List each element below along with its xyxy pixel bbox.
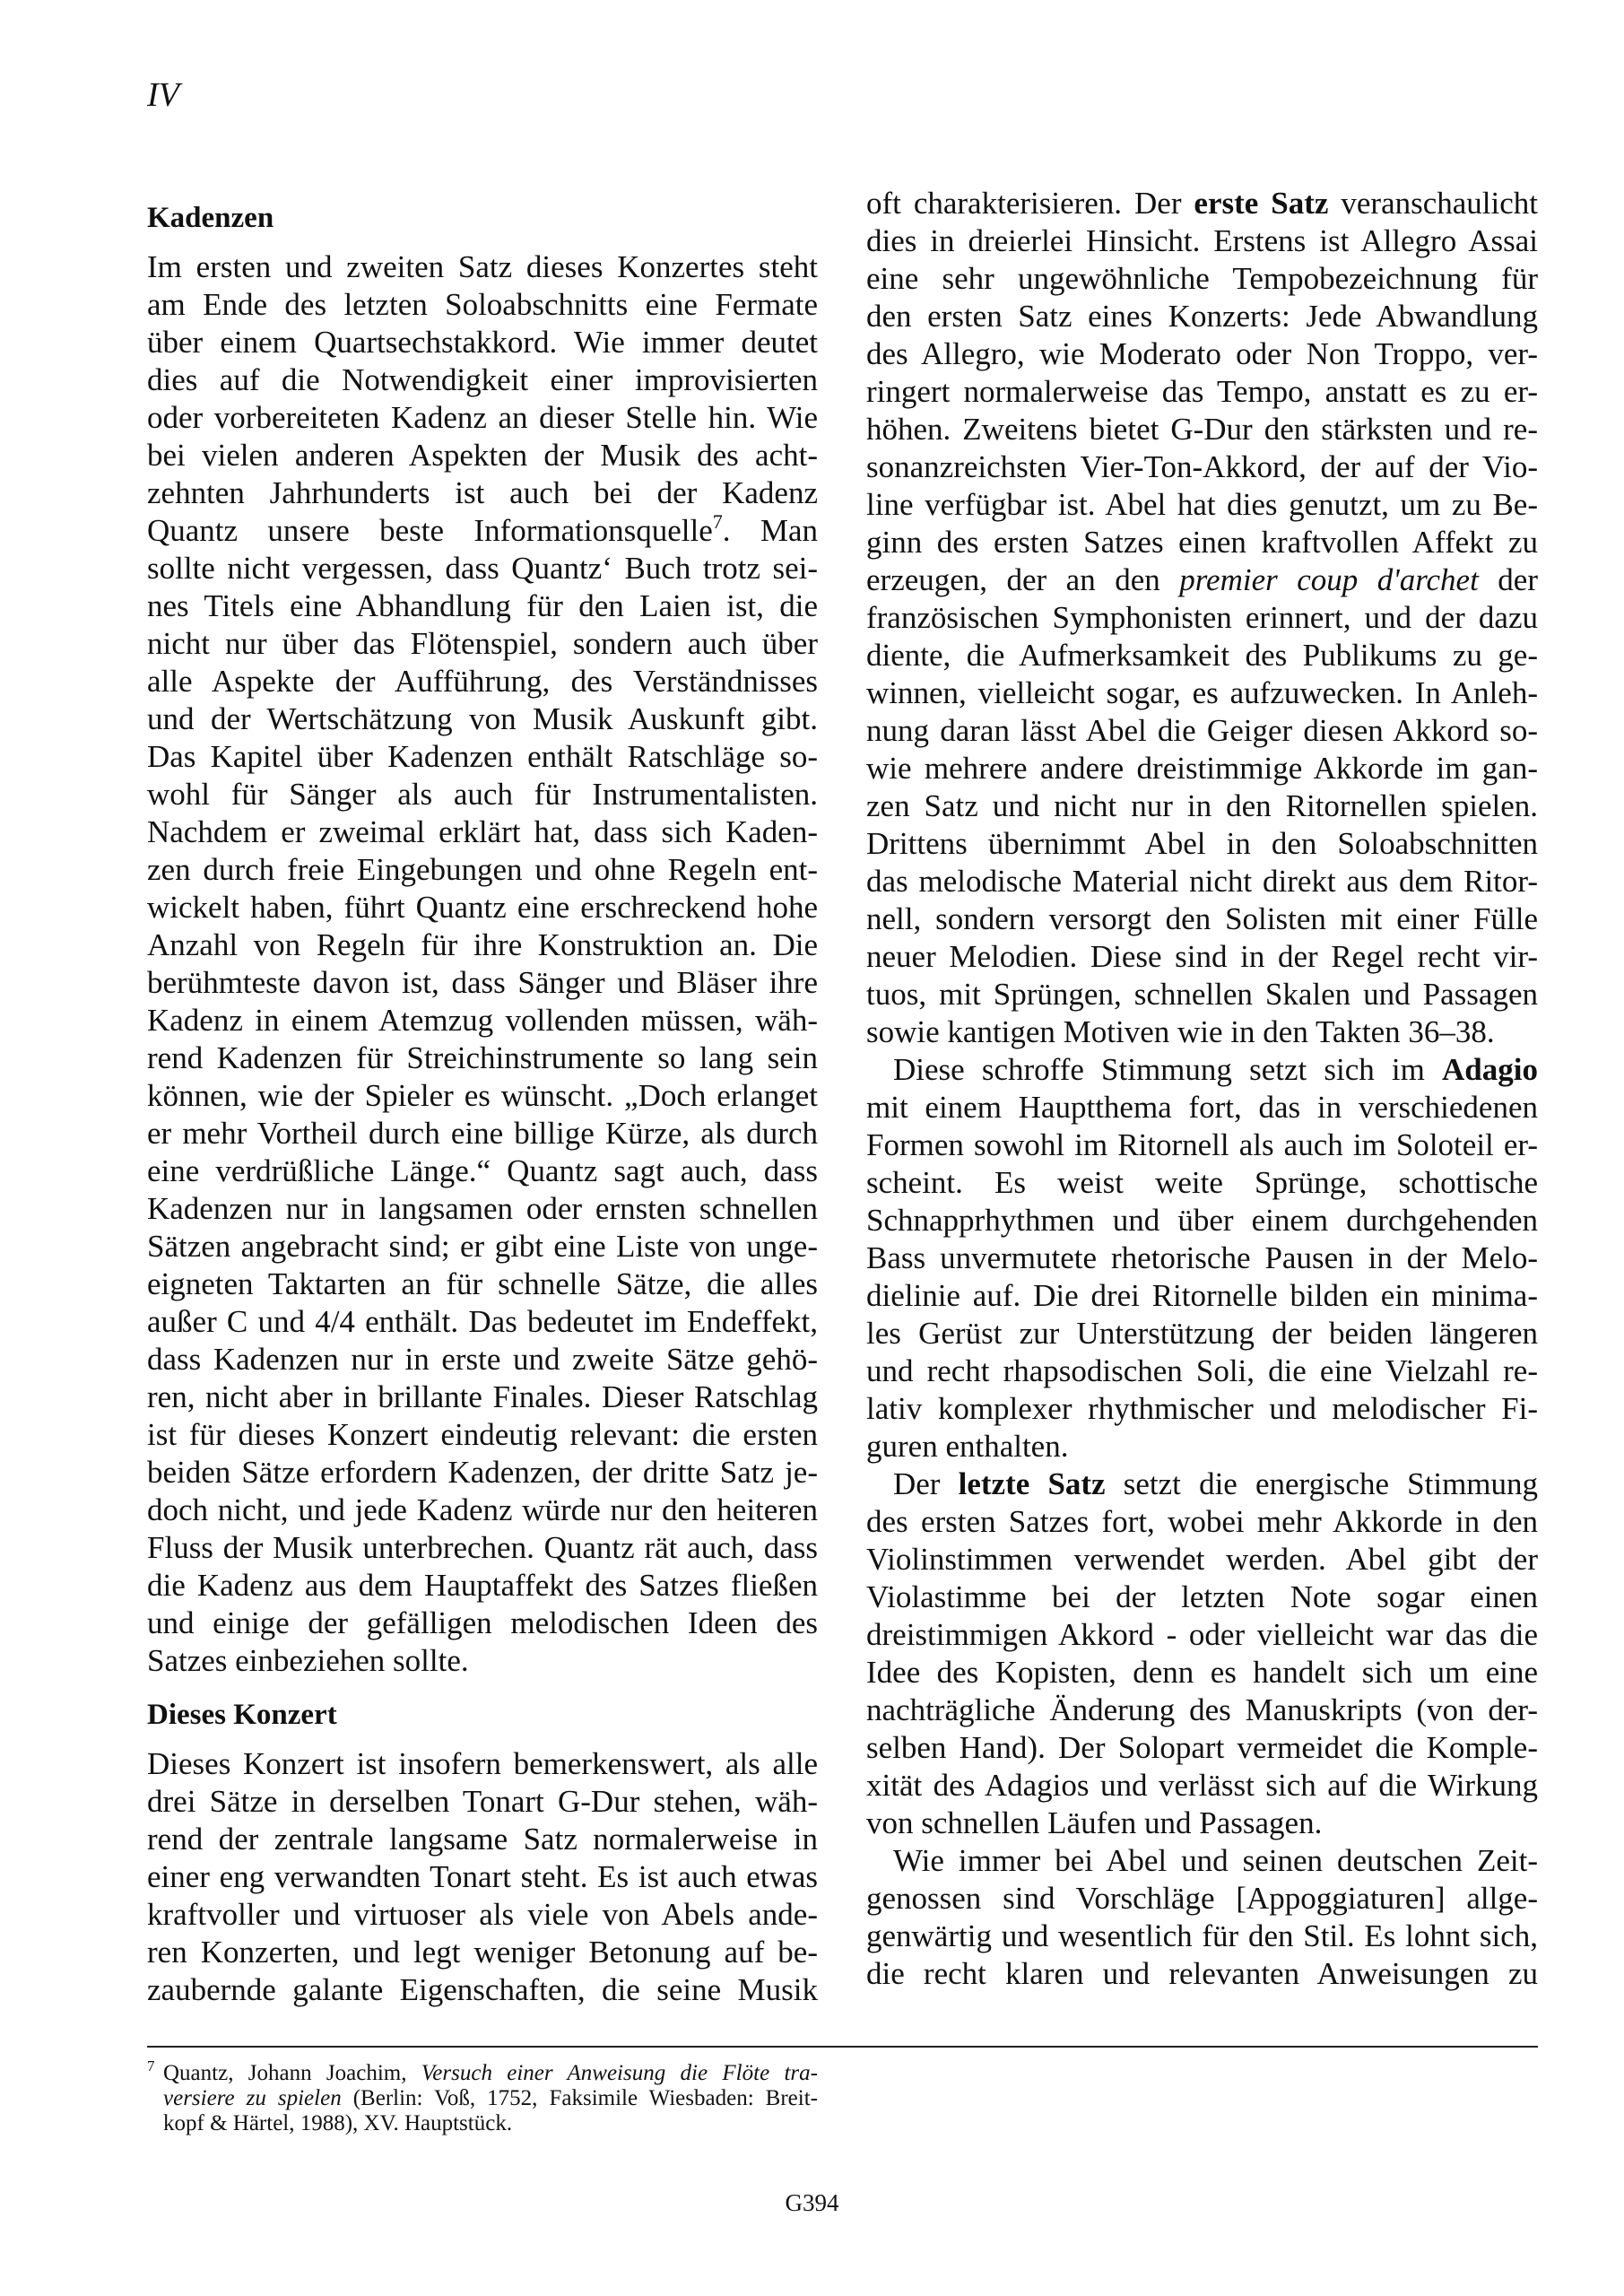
text-line: genwärtig und wesentlich für den Stil. E… [866, 1918, 1538, 1955]
text-run: am Ende des letzten Soloabschnitts eine … [147, 287, 818, 322]
text-line: er mehr Vortheil durch eine billige Kürz… [147, 1115, 818, 1152]
bold-text: letzte Satz [959, 1466, 1106, 1501]
text-run: von schnellen Läufen und Passagen. [866, 1805, 1322, 1840]
text-run: doch nicht, und jede Kadenz würde nur de… [147, 1492, 818, 1527]
text-line: Das Kapitel über Kadenzen enthält Ratsch… [147, 738, 818, 776]
text-line: ren, nicht aber in brillante Finales. Di… [147, 1378, 818, 1416]
text-run: Nachdem er zweimal erklärt hat, dass sic… [147, 814, 818, 849]
text-line: am Ende des letzten Soloabschnitts eine … [147, 286, 818, 324]
text-run: Sätzen angebracht sind; er gibt eine Lis… [147, 1229, 818, 1264]
text-line: von schnellen Läufen und Passagen. [866, 1805, 1538, 1842]
footnote-divider [147, 2046, 1538, 2048]
text-run: des Allegro, wie Moderato oder Non Tropp… [866, 336, 1538, 371]
text-line: zen durch freie Eingebungen und ohne Reg… [147, 851, 818, 889]
text-run: nachträgliche Änderung des Manuskripts (… [866, 1692, 1538, 1727]
text-run: wickelt haben, führt Quantz eine erschre… [147, 890, 818, 925]
text-line: eine sehr ungewöhnliche Tempobezeichnung… [866, 260, 1538, 298]
text-line: dreistimmigen Akkord - oder vielleicht w… [866, 1616, 1538, 1654]
text-line: oft charakterisieren. Der erste Satz ver… [866, 185, 1538, 222]
text-line: und einige der gefälligen melodischen Id… [147, 1605, 818, 1642]
bold-text: erste Satz [1194, 186, 1328, 221]
text-run: französischen Symphonisten erinnert, und… [866, 600, 1538, 635]
text-run: guren enthalten. [866, 1429, 1068, 1464]
text-run: line verfügbar ist. Abel hat dies genutz… [866, 487, 1538, 522]
text-line: ringert normalerweise das Tempo, anstatt… [866, 373, 1538, 411]
text-run: dass Kadenzen nur in erste und zweite Sä… [147, 1342, 818, 1377]
text-run: nell, sondern versorgt den Solisten mit … [866, 901, 1538, 936]
text-line: nachträgliche Änderung des Manuskripts (… [866, 1692, 1538, 1729]
paragraph: Diese schroffe Stimmung setzt sich im Ad… [866, 1051, 1538, 1465]
text-run: rend der zentrale langsame Satz normaler… [147, 1822, 818, 1857]
text-run: zehnten Jahrhunderts ist auch bei der Ka… [147, 475, 818, 510]
paragraph: Der letzte Satz setzt die energische Sti… [866, 1465, 1538, 1842]
text-line: Der letzte Satz setzt die energische Sti… [866, 1465, 1538, 1503]
text-line: Violinstimmen verwendet werden. Abel gib… [866, 1541, 1538, 1578]
text-line: line verfügbar ist. Abel hat dies genutz… [866, 486, 1538, 524]
text-line: eigneten Taktarten an für schnelle Sätze… [147, 1265, 818, 1303]
text-run: ist für dieses Konzert eindeutig relevan… [147, 1417, 818, 1452]
text-run: bei vielen anderen Aspekten der Musik de… [147, 438, 818, 473]
text-line: den ersten Satz eines Konzerts: Jede Abw… [866, 298, 1538, 335]
text-line: kraftvoller und virtuoser als viele von … [147, 1896, 818, 1934]
text-line: Drittens übernimmt Abel in den Soloabsch… [866, 825, 1538, 863]
text-line: lativ komplexer rhythmischer und melodis… [866, 1390, 1538, 1428]
text-line: sowie kantigen Motiven wie in den Takten… [866, 1013, 1538, 1051]
text-line: Idee des Kopisten, denn es handelt sich … [866, 1654, 1538, 1692]
text-run: dies in dreierlei Hinsicht. Erstens ist … [866, 223, 1538, 258]
text-line: Kadenz in einem Atemzug vollenden müssen… [147, 1002, 818, 1039]
text-line: diente, die Aufmerksamkeit des Publikums… [866, 637, 1538, 674]
text-run: scheint. Es weist weite Sprünge, schotti… [866, 1165, 1538, 1200]
text-run: Der [893, 1466, 959, 1501]
text-run: sollte nicht vergessen, dass Quantz‘ Buc… [147, 551, 818, 586]
footnote-marker: 7 [147, 2057, 155, 2075]
text-run: wie mehrere andere dreistimmige Akkorde … [866, 751, 1538, 786]
footnote-reference: 7 [713, 510, 723, 533]
text-run: les Gerüst zur Unterstützung der beiden … [866, 1316, 1538, 1351]
text-line: zaubernde galante Eigenschaften, die sei… [147, 1971, 818, 2009]
text-line: außer C und 4/4 enthält. Das bedeutet im… [147, 1303, 818, 1341]
text-run: Bass unvermutete rhetorische Pausen in d… [866, 1240, 1538, 1275]
text-line: oder vorbereiteten Kadenz an dieser Stel… [147, 399, 818, 437]
text-line: nung daran lässt Abel die Geiger diesen … [866, 712, 1538, 750]
text-line: und der Wertschätzung von Musik Auskunft… [147, 700, 818, 738]
text-line: xität des Adagios und verlässt sich auf … [866, 1767, 1538, 1805]
text-run: und recht rhapsodischen Soli, die eine V… [866, 1353, 1538, 1388]
text-line: Quantz, Johann Joachim, Versuch einer An… [147, 2061, 818, 2086]
text-run: dreistimmigen Akkord - oder vielleicht w… [866, 1617, 1538, 1652]
text-run: Im ersten und zweiten Satz dieses Konzer… [147, 249, 818, 284]
text-line: Fluss der Musik unterbrechen. Quantz rät… [147, 1529, 818, 1567]
text-run: kraftvoller und virtuoser als viele von … [147, 1897, 818, 1932]
text-line: versiere zu spielen (Berlin: Voß, 1752, … [147, 2086, 818, 2111]
section-numeral: IV [147, 75, 179, 115]
text-line: über einem Quartsechstakkord. Wie immer … [147, 324, 818, 361]
text-line: guren enthalten. [866, 1428, 1538, 1465]
text-line: wie mehrere andere dreistimmige Akkorde … [866, 750, 1538, 787]
text-line: sollte nicht vergessen, dass Quantz‘ Buc… [147, 550, 818, 587]
text-line: Dieses Konzert ist insofern bemerkenswer… [147, 1745, 818, 1783]
text-line: sonanzreichsten Vier-Ton-Akkord, der auf… [866, 448, 1538, 486]
text-line: Sätzen angebracht sind; er gibt eine Lis… [147, 1228, 818, 1265]
text-run: winnen, vielleicht sogar, es aufzuwecken… [866, 675, 1538, 710]
text-run: Das Kapitel über Kadenzen enthält Ratsch… [147, 739, 818, 774]
italic-text: premier coup d'archet [1179, 562, 1479, 597]
text-run: können, wie der Spieler es wünscht. „Doc… [147, 1078, 818, 1113]
text-line: ist für dieses Konzert eindeutig relevan… [147, 1416, 818, 1454]
text-run: nes Titels eine Abhandlung für den Laien… [147, 588, 818, 623]
text-run: berühmteste davon ist, dass Sänger und B… [147, 965, 818, 1000]
text-line: die Kadenz aus dem Hauptaffekt des Satze… [147, 1567, 818, 1605]
text-run: außer C und 4/4 enthält. Das bedeutet im… [147, 1304, 818, 1339]
text-line: können, wie der Spieler es wünscht. „Doc… [147, 1077, 818, 1115]
text-line: die recht klaren und relevanten Anweisun… [866, 1955, 1538, 1993]
text-run: und einige der gefälligen melodischen Id… [147, 1605, 818, 1640]
text-run: zen Satz und nicht nur in den Ritornelle… [866, 788, 1538, 823]
text-line: les Gerüst zur Unterstützung der beiden … [866, 1315, 1538, 1352]
text-run: Fluss der Musik unterbrechen. Quantz rät… [147, 1530, 818, 1565]
text-line: Formen sowohl im Ritornell als auch im S… [866, 1126, 1538, 1164]
text-line: selben Hand). Der Solopart vermeidet die… [866, 1729, 1538, 1767]
text-line: winnen, vielleicht sogar, es aufzuwecken… [866, 674, 1538, 712]
text-line: das melodische Material nicht direkt aus… [866, 863, 1538, 900]
text-line: rend Kadenzen für Streichinstrumente so … [147, 1039, 818, 1077]
text-line: Kadenzen nur in langsamen oder ernsten s… [147, 1190, 818, 1228]
text-run: Kadenzen nur in langsamen oder ernsten s… [147, 1191, 818, 1226]
text-run: die recht klaren und relevanten Anweisun… [866, 1956, 1538, 1991]
text-line: des ersten Satzes fort, wobei mehr Akkor… [866, 1503, 1538, 1541]
footnote-body: Quantz, Johann Joachim, Versuch einer An… [147, 2061, 818, 2136]
text-run: Quantz, Johann Joachim, [163, 2061, 421, 2085]
text-line: kopf & Härtel, 1988), XV. Hauptstück. [147, 2111, 818, 2136]
text-run: dielinie auf. Die drei Ritornelle bilden… [866, 1278, 1538, 1313]
text-line: tuos, mit Sprüngen, schnellen Skalen und… [866, 976, 1538, 1013]
text-line: wickelt haben, führt Quantz eine erschre… [147, 889, 818, 926]
text-run: Wie immer bei Abel und seinen deutschen … [893, 1843, 1538, 1878]
text-run: ren Konzerten, und legt weniger Betonung… [147, 1935, 818, 1970]
text-line: ginn des ersten Satzes einen kraftvollen… [866, 524, 1538, 561]
text-run: sonanzreichsten Vier-Ton-Akkord, der auf… [866, 449, 1538, 484]
text-run: ren, nicht aber in brillante Finales. Di… [147, 1379, 818, 1414]
text-line: nicht nur über das Flötenspiel, sondern … [147, 625, 818, 663]
text-line: Im ersten und zweiten Satz dieses Konzer… [147, 248, 818, 286]
text-run: das melodische Material nicht direkt aus… [866, 864, 1538, 899]
text-line: beiden Sätze erfordern Kadenzen, der dri… [147, 1454, 818, 1492]
text-run: tuos, mit Sprüngen, schnellen Skalen und… [866, 977, 1538, 1012]
text-run: rend Kadenzen für Streichinstrumente so … [147, 1040, 818, 1075]
text-run: nicht nur über das Flötenspiel, sondern … [147, 626, 818, 661]
section-heading: Dieses Konzert [147, 1696, 818, 1734]
text-run: sowie kantigen Motiven wie in den Takten… [866, 1014, 1495, 1049]
text-run: nung daran lässt Abel die Geiger diesen … [866, 713, 1538, 748]
text-run: zaubernde galante Eigenschaften, die sei… [147, 1972, 818, 2007]
text-line: höhen. Zweitens bietet G-Dur den stärkst… [866, 411, 1538, 448]
text-run: den ersten Satz eines Konzerts: Jede Abw… [866, 299, 1538, 334]
text-line: Violastimme bei der letzten Note sogar e… [866, 1578, 1538, 1616]
text-run: Idee des Kopisten, denn es handelt sich … [866, 1655, 1538, 1690]
text-run: neuer Melodien. Diese sind in der Regel … [866, 939, 1538, 974]
text-run: alle Aspekte der Aufführung, des Verstän… [147, 664, 818, 699]
text-run: wohl für Sänger als auch für Instrumenta… [147, 777, 818, 812]
text-run: selben Hand). Der Solopart vermeidet die… [866, 1730, 1538, 1765]
text-run: er mehr Vortheil durch eine billige Kürz… [147, 1116, 818, 1151]
text-run: ginn des ersten Satzes einen kraftvollen… [866, 525, 1538, 560]
text-line: drei Sätze in derselben Tonart G-Dur ste… [147, 1783, 818, 1821]
text-run: drei Sätze in derselben Tonart G-Dur ste… [147, 1784, 818, 1819]
text-run: über einem Quartsechstakkord. Wie immer … [147, 325, 818, 360]
paragraph: Wie immer bei Abel und seinen deutschen … [866, 1842, 1538, 1993]
text-line: Satzes einbeziehen sollte. [147, 1642, 818, 1680]
text-run: xität des Adagios und verlässt sich auf … [866, 1768, 1538, 1803]
text-run: und der Wertschätzung von Musik Auskunft… [147, 701, 818, 736]
text-run: genossen sind Vorschläge [Appoggiaturen]… [866, 1881, 1538, 1916]
text-run: setzt die energische Stimmung [1106, 1466, 1538, 1501]
text-run: Anzahl von Regeln für ihre Konstruktion … [147, 927, 818, 962]
text-line: mit einem Hauptthema fort, das in versch… [866, 1089, 1538, 1126]
text-line: Bass unvermutete rhetorische Pausen in d… [866, 1239, 1538, 1277]
text-run: eigneten Taktarten an für schnelle Sätze… [147, 1266, 818, 1301]
text-line: des Allegro, wie Moderato oder Non Tropp… [866, 335, 1538, 373]
text-line: dielinie auf. Die drei Ritornelle bilden… [866, 1277, 1538, 1315]
text-run: Schnapprhythmen und über einem durchgehe… [866, 1203, 1538, 1238]
text-line: alle Aspekte der Aufführung, des Verstän… [147, 663, 818, 700]
text-run: oft charakterisieren. Der [866, 186, 1194, 221]
text-line: dies in dreierlei Hinsicht. Erstens ist … [866, 222, 1538, 260]
text-run: lativ komplexer rhythmischer und melodis… [866, 1391, 1538, 1426]
text-run: eine verdrüßliche Länge.“ Quantz sagt au… [147, 1153, 818, 1188]
text-line: nell, sondern versorgt den Solisten mit … [866, 900, 1538, 938]
text-run: des ersten Satzes fort, wobei mehr Akkor… [866, 1504, 1538, 1539]
text-run: eine sehr ungewöhnliche Tempobezeichnung… [866, 261, 1538, 296]
text-run: diente, die Aufmerksamkeit des Publikums… [866, 638, 1538, 673]
italic-text: versiere zu spielen [163, 2086, 342, 2110]
section-heading: Kadenzen [147, 199, 818, 237]
text-run: dies auf die Notwendigkeit einer improvi… [147, 362, 818, 397]
text-run: kopf & Härtel, 1988), XV. Hauptstück. [163, 2111, 512, 2135]
text-line: Diese schroffe Stimmung setzt sich im Ad… [866, 1051, 1538, 1089]
text-run: Drittens übernimmt Abel in den Soloabsch… [866, 826, 1538, 861]
text-run: beiden Sätze erfordern Kadenzen, der dri… [147, 1455, 818, 1490]
text-run: Formen sowohl im Ritornell als auch im S… [866, 1127, 1538, 1162]
text-run: oder vorbereiteten Kadenz an dieser Stel… [147, 400, 818, 435]
text-line: Wie immer bei Abel und seinen deutschen … [866, 1842, 1538, 1880]
text-line: und recht rhapsodischen Soli, die eine V… [866, 1352, 1538, 1390]
text-line: genossen sind Vorschläge [Appoggiaturen]… [866, 1880, 1538, 1918]
text-run: erzeugen, der an den [866, 562, 1179, 597]
text-line: Quantz unsere beste Informationsquelle7.… [147, 512, 818, 550]
left-column: KadenzenIm ersten und zweiten Satz diese… [147, 199, 818, 2009]
text-line: französischen Symphonisten erinnert, und… [866, 599, 1538, 637]
paragraph: oft charakterisieren. Der erste Satz ver… [866, 185, 1538, 1051]
bold-text: Adagio [1442, 1052, 1538, 1087]
right-column: oft charakterisieren. Der erste Satz ver… [866, 185, 1538, 1993]
text-line: neuer Melodien. Diese sind in der Regel … [866, 938, 1538, 976]
text-run: der [1479, 562, 1538, 597]
italic-text: Versuch einer Anweisung die Flöte tra- [421, 2061, 818, 2085]
text-run: ringert normalerweise das Tempo, anstatt… [866, 374, 1538, 409]
text-run: Kadenz in einem Atemzug vollenden müssen… [147, 1003, 818, 1038]
text-run: Violinstimmen verwendet werden. Abel gib… [866, 1542, 1538, 1577]
text-run: Quantz unsere beste Informationsquelle [147, 513, 713, 548]
text-line: Nachdem er zweimal erklärt hat, dass sic… [147, 813, 818, 851]
text-run: Violastimme bei der letzten Note sogar e… [866, 1579, 1538, 1614]
text-line: scheint. Es weist weite Sprünge, schotti… [866, 1164, 1538, 1202]
text-run: veranschaulicht [1328, 186, 1538, 221]
text-line: eine verdrüßliche Länge.“ Quantz sagt au… [147, 1152, 818, 1190]
text-line: Schnapprhythmen und über einem durchgehe… [866, 1202, 1538, 1239]
text-line: einer eng verwandten Tonart steht. Es is… [147, 1858, 818, 1896]
text-line: doch nicht, und jede Kadenz würde nur de… [147, 1492, 818, 1529]
text-run: Satzes einbeziehen sollte. [147, 1643, 469, 1678]
text-run: (Berlin: Voß, 1752, Faksimile Wiesbaden:… [342, 2086, 818, 2110]
text-line: dass Kadenzen nur in erste und zweite Sä… [147, 1341, 818, 1378]
text-run: . Man [723, 513, 818, 548]
text-line: nes Titels eine Abhandlung für den Laien… [147, 587, 818, 625]
text-line: bei vielen anderen Aspekten der Musik de… [147, 437, 818, 474]
text-line: erzeugen, der an den premier coup d'arch… [866, 561, 1538, 599]
text-run: Diese schroffe Stimmung setzt sich im [893, 1052, 1442, 1087]
text-line: rend der zentrale langsame Satz normaler… [147, 1821, 818, 1858]
text-run: einer eng verwandten Tonart steht. Es is… [147, 1859, 818, 1894]
text-line: berühmteste davon ist, dass Sänger und B… [147, 964, 818, 1002]
text-line: zehnten Jahrhunderts ist auch bei der Ka… [147, 474, 818, 512]
text-line: dies auf die Notwendigkeit einer improvi… [147, 361, 818, 399]
paragraph: Dieses Konzert ist insofern bemerkenswer… [147, 1745, 818, 2009]
text-line: zen Satz und nicht nur in den Ritornelle… [866, 787, 1538, 825]
page-number: G394 [0, 2188, 1624, 2217]
text-run: mit einem Hauptthema fort, das in versch… [866, 1090, 1538, 1125]
text-run: Dieses Konzert ist insofern bemerkenswer… [147, 1746, 818, 1781]
text-run: genwärtig und wesentlich für den Stil. E… [866, 1918, 1538, 1953]
text-run: zen durch freie Eingebungen und ohne Reg… [147, 852, 818, 887]
text-run: höhen. Zweitens bietet G-Dur den stärkst… [866, 412, 1538, 447]
text-run: die Kadenz aus dem Hauptaffekt des Satze… [147, 1568, 818, 1603]
footnote: 7 Quantz, Johann Joachim, Versuch einer … [147, 2061, 818, 2136]
text-line: Anzahl von Regeln für ihre Konstruktion … [147, 926, 818, 964]
text-line: wohl für Sänger als auch für Instrumenta… [147, 776, 818, 813]
text-line: ren Konzerten, und legt weniger Betonung… [147, 1934, 818, 1971]
paragraph: Im ersten und zweiten Satz dieses Konzer… [147, 248, 818, 1680]
